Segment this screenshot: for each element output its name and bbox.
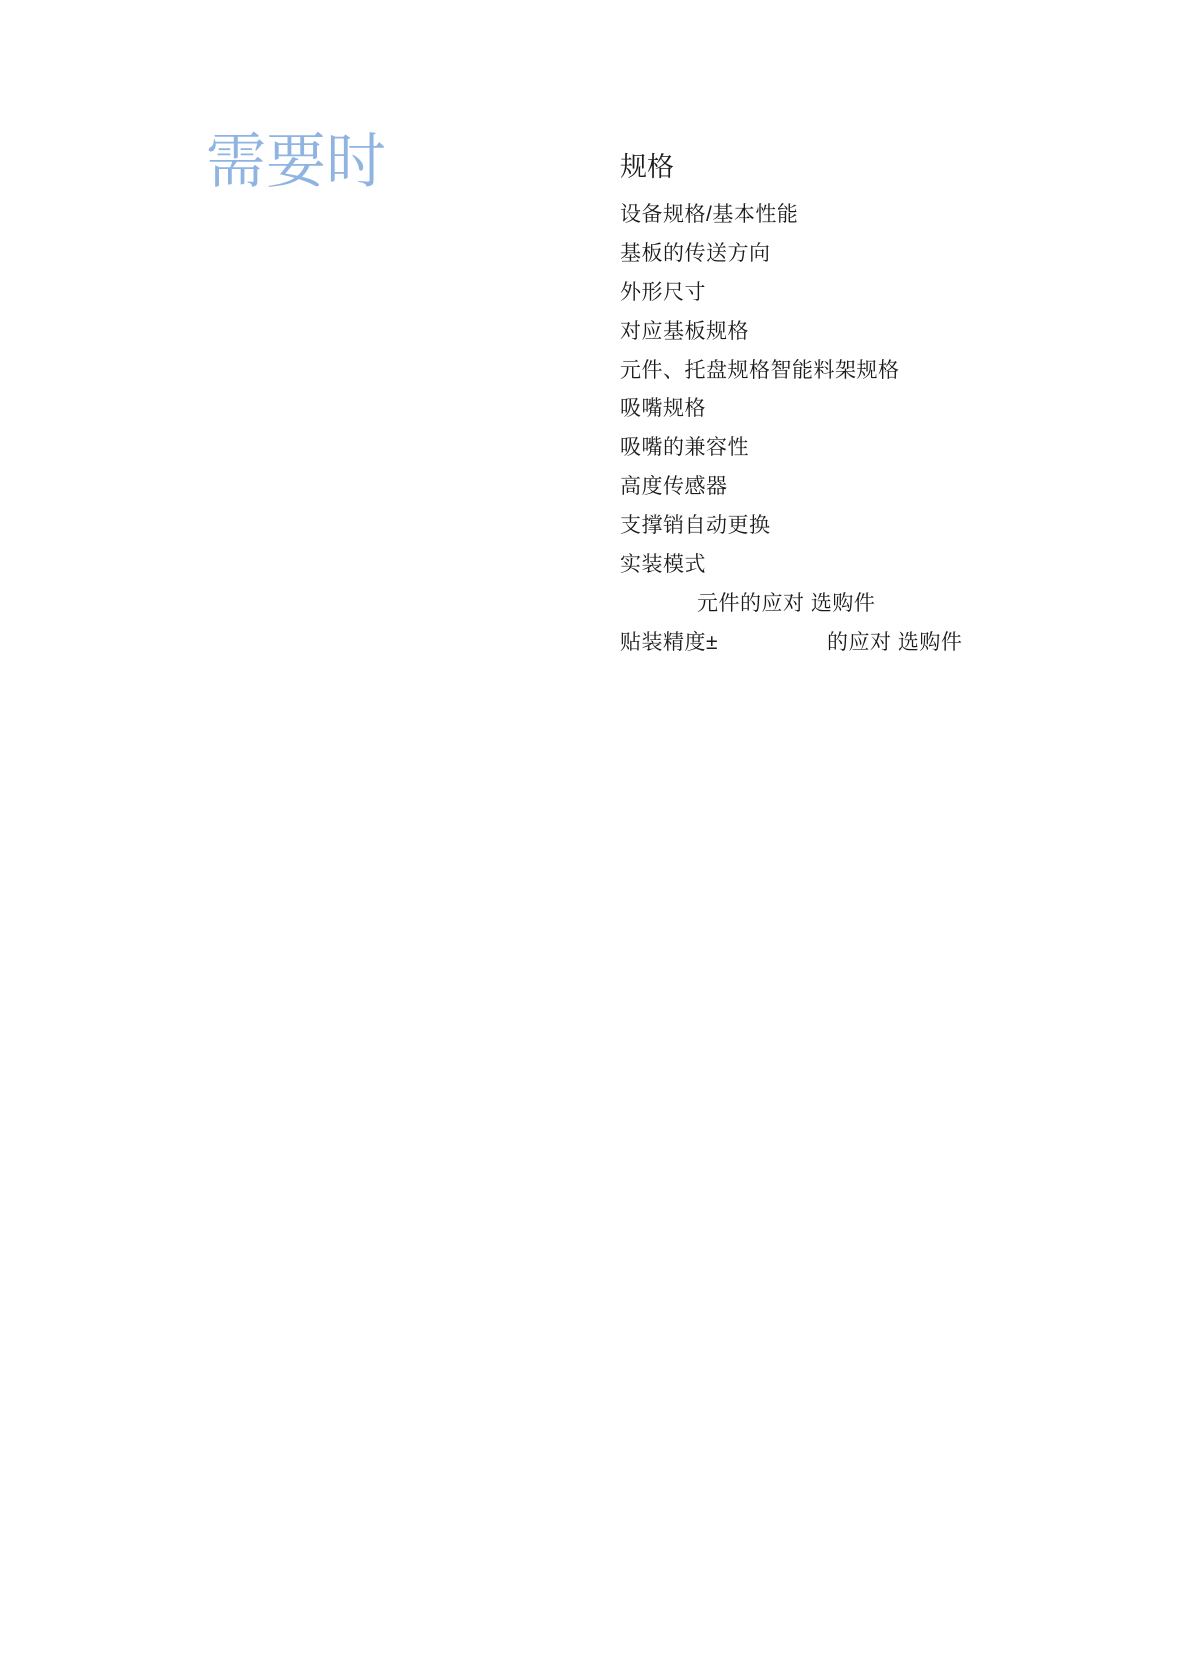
toc-item-indented: 元件的应对 选购件: [620, 585, 1090, 624]
toc-item: 实装模式: [620, 546, 1090, 585]
toc-heading: 规格: [620, 152, 674, 183]
toc-item: 高度传感器: [620, 468, 1090, 507]
toc-item: 元件、托盘规格智能料架规格: [620, 352, 1090, 391]
section-title: 需要时: [206, 132, 386, 192]
toc-item: 外形尺寸: [620, 274, 1090, 313]
toc-item: 对应基板规格: [620, 313, 1090, 352]
toc-item: 吸嘴规格: [620, 390, 1090, 429]
toc-item-split-prefix: 贴装精度±: [620, 631, 718, 654]
toc-item: 基板的传送方向: [620, 235, 1090, 274]
toc-item: 吸嘴的兼容性: [620, 429, 1090, 468]
toc-item: 设备规格/基本性能: [620, 196, 1090, 235]
toc-item-split-suffix: 的应对 选购件: [827, 624, 962, 663]
document-page: 需要时 规格 设备规格/基本性能 基板的传送方向 外形尺寸 对应基板规格 元件、…: [0, 0, 1184, 1675]
toc-item-split: 贴装精度± 的应对 选购件: [620, 624, 1090, 663]
toc-item: 支撑销自动更换: [620, 507, 1090, 546]
toc-list: 设备规格/基本性能 基板的传送方向 外形尺寸 对应基板规格 元件、托盘规格智能料…: [620, 196, 1090, 663]
